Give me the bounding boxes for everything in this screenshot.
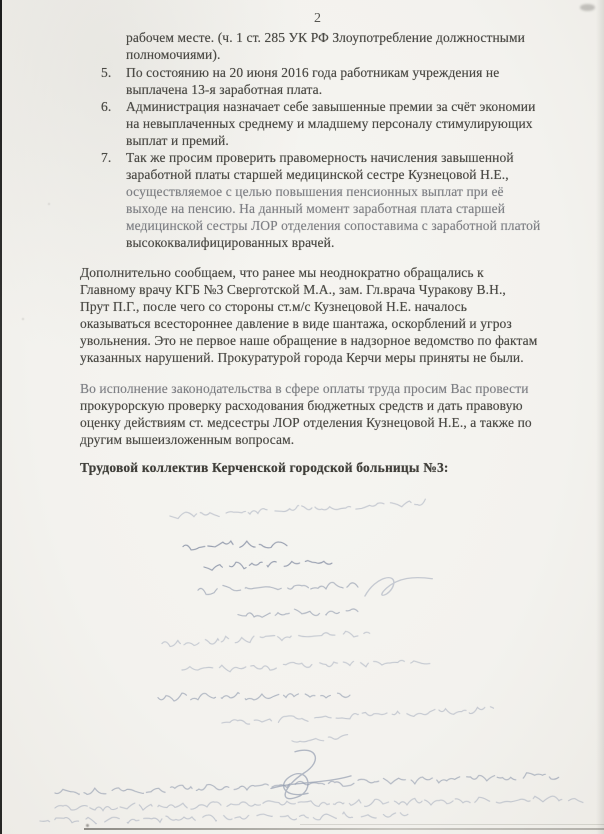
handwriting-line — [158, 688, 356, 706]
scanned-document-page: 2 рабочем месте. (ч. 1 ст. 285 УК РФ Зло… — [0, 0, 604, 834]
handwriting-line — [182, 655, 432, 679]
handwriting-line — [183, 536, 291, 555]
handwriting-line — [204, 556, 334, 575]
handwriting-line — [162, 626, 378, 653]
handwriting-line — [198, 577, 363, 599]
handwriting-line — [238, 604, 363, 623]
handwriting-line — [361, 568, 437, 600]
handwriting-line — [170, 496, 430, 526]
handwriting-signatures-area — [0, 0, 604, 834]
handwriting-line — [222, 703, 494, 732]
